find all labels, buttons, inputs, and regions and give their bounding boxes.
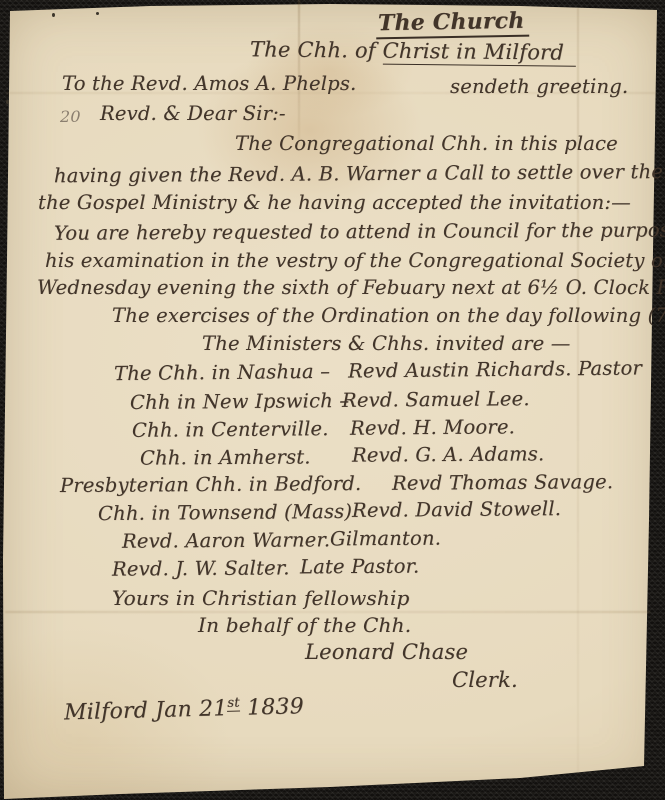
invited-church: Chh in New Ipswich – (130, 389, 349, 414)
closing-line: Yours in Christian fellowship (112, 586, 410, 610)
fold-crease-vertical-right (577, 8, 579, 783)
invited-church: Revd. J. W. Salter. (112, 556, 290, 580)
addressee-line: To the Revd. Amos A. Phelps. (62, 72, 356, 95)
paper-speck (6, 100, 9, 104)
invited-church: Chh. in Amherst. (140, 445, 311, 469)
dateline-prefix: Milford Jan 21 (64, 696, 228, 725)
body-line: The Congregational Chh. in this place (235, 132, 618, 155)
church-line-prefix: The Chh. of (250, 37, 383, 62)
body-line: the Gospel Ministry & he having accepted… (38, 191, 631, 214)
signature: Leonard Chase (305, 640, 468, 664)
invited-minister: Gilmanton. (330, 527, 441, 551)
paper-speck (52, 13, 55, 17)
invited-minister: Revd. G. A. Adams. (352, 442, 545, 466)
invited-church: Revd. Aaron Warner. (122, 528, 330, 552)
invited-church: Chh. in Townsend (Mass) (98, 500, 352, 525)
body-line: The Ministers & Chhs. invited are — (202, 332, 571, 355)
invited-minister: Late Pastor. (300, 555, 420, 579)
greeting-line: sendeth greeting. (450, 75, 628, 98)
fold-crease-vertical-top (298, 0, 300, 140)
dateline-year: 1839 (240, 694, 305, 721)
closing-line: In behalf of the Chh. (198, 613, 411, 637)
margin-number: 20 (60, 107, 81, 126)
body-line: You are hereby requested to attend in Co… (54, 218, 665, 244)
salutation-line: Revd. & Dear Sir:- (100, 102, 286, 125)
invited-minister: Revd. David Stowell. (352, 497, 561, 522)
photographed-letter: The Church The Chh. of Christ in Milford… (0, 0, 665, 800)
invited-minister: Revd Thomas Savage. (392, 470, 613, 495)
church-line: The Chh. of Christ in Milford (250, 37, 576, 64)
body-line: Wednesday evening the sixth of Febuary n… (37, 276, 665, 299)
invited-minister: Revd Austin Richards. Pastor (348, 356, 642, 382)
body-line: his examination in the vestry of the Con… (45, 249, 665, 272)
document-title: The Church (376, 8, 529, 40)
invited-church: Presbyterian Chh. in Bedford. (60, 472, 362, 497)
invited-church: The Chh. in Nashua – (114, 360, 330, 385)
dateline-ordinal: st (227, 696, 240, 712)
invited-minister: Revd. H. Moore. (350, 415, 515, 439)
church-line-underlined: Christ in Milford (382, 39, 576, 67)
signer-role: Clerk. (452, 668, 518, 692)
body-line: The exercises of the Ordination on the d… (112, 304, 665, 327)
invited-minister: Revd. Samuel Lee. (342, 387, 530, 412)
paper-speck (96, 12, 99, 15)
invited-church: Chh. in Centerville. (132, 417, 329, 442)
body-line: having given the Revd. A. B. Warner a Ca… (54, 160, 665, 188)
